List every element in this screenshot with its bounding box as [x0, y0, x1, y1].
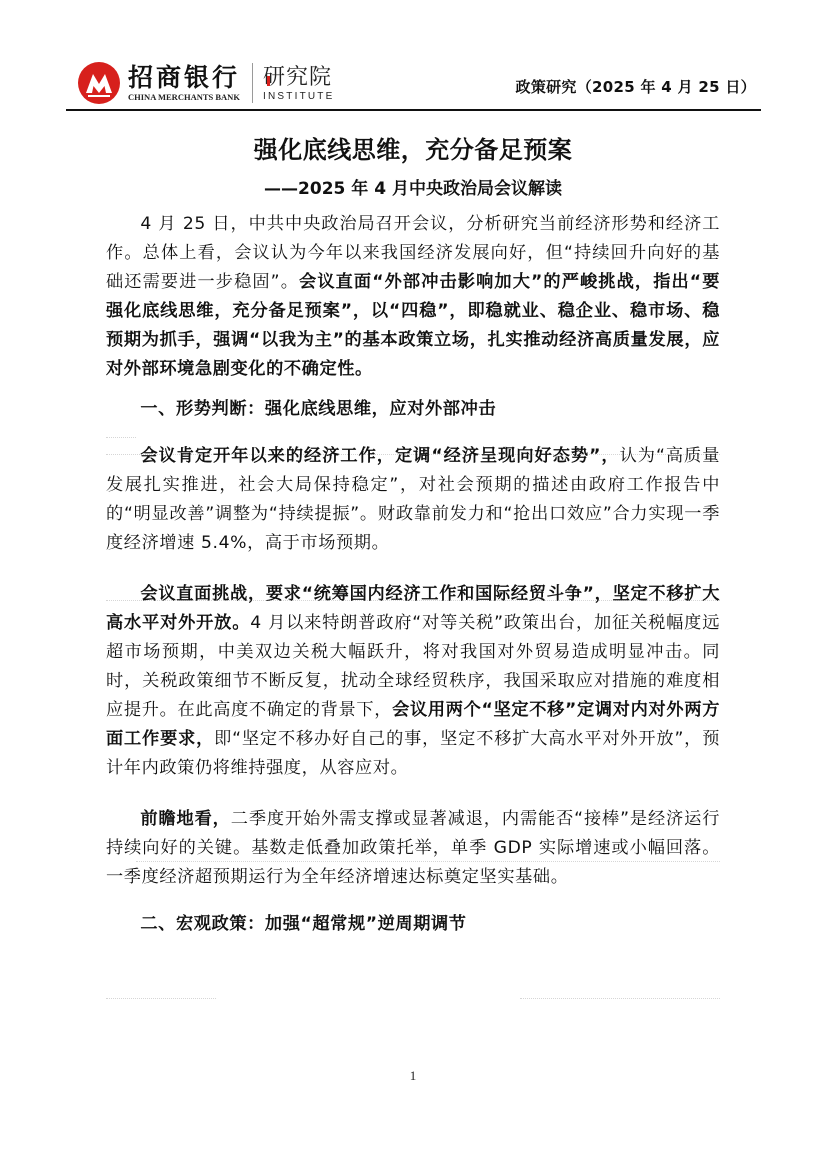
bank-name-cn: 招商银行: [128, 64, 240, 92]
page-header: 招商银行 CHINA MERCHANTS BANK 研究院 INSTITUTE …: [78, 60, 760, 106]
bank-name: 招商银行 CHINA MERCHANTS BANK: [128, 64, 240, 103]
paragraph-lead: 前瞻地看，: [140, 809, 230, 829]
section-heading-1: 一、形势判断：强化底线思维，应对外部冲击: [106, 395, 720, 424]
document-title: 强化底线思维，充分备足预案: [0, 130, 826, 165]
institute-name-en: INSTITUTE: [263, 91, 334, 103]
red-accent-bar: [267, 76, 270, 86]
header-divider: [66, 109, 761, 111]
institute-name-cn-text: 研究院: [263, 65, 332, 90]
document-subtitle: ——2025 年 4 月中央政治局会议解读: [0, 174, 826, 199]
institute-name: 研究院 INSTITUTE: [263, 64, 334, 103]
institute-logo: 招商银行 CHINA MERCHANTS BANK 研究院 INSTITUTE: [78, 60, 334, 106]
page-number: 1: [0, 1068, 826, 1084]
institute-name-cn: 研究院: [263, 64, 334, 91]
cmb-logo-icon: [78, 62, 120, 104]
section1-paragraph-3: 前瞻地看，二季度开始外需支撑或显著减退，内需能否“接棒”是经济运行持续向好的关键…: [106, 805, 720, 892]
paragraph-lead: 会议肯定开年以来的经济工作，定调“经济呈现向好态势”，: [140, 446, 619, 466]
intro-paragraph: 4 月 25 日，中共中央政治局召开会议，分析研究当前经济形势和经济工作。总体上…: [106, 210, 720, 384]
section1-paragraph-2: 会议直面挑战，要求“统筹国内经济工作和国际经贸斗争”，坚定不移扩大高水平对外开放…: [106, 580, 720, 783]
guide-line: [520, 998, 720, 999]
section1-paragraph-1: 会议肯定开年以来的经济工作，定调“经济呈现向好态势”，认为“高质量发展扎实推进，…: [106, 442, 720, 558]
section-heading-2: 二、宏观政策：加强“超常规”逆周期调节: [106, 910, 720, 939]
bank-name-en: CHINA MERCHANTS BANK: [128, 92, 240, 103]
guide-line: [106, 998, 216, 999]
document-body: 4 月 25 日，中共中央政治局召开会议，分析研究当前经济形势和经济工作。总体上…: [106, 210, 720, 939]
logo-divider: [252, 63, 253, 103]
report-type-date: 政策研究（2025 年 4 月 25 日）: [516, 76, 756, 97]
